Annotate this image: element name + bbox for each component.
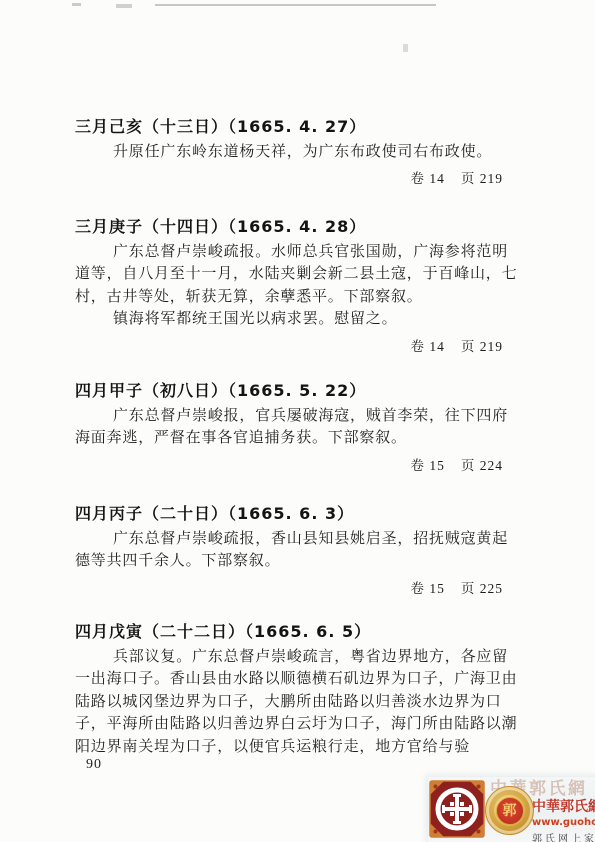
entry-reference: 卷 14页 219 [75,338,521,356]
entry-paragraph: 兵部议复。广东总督卢崇峻疏言，粤省边界地方，各应留一出海口子。香山县由水路以顺德… [75,646,521,758]
guo-coin-icon: 郭 [485,786,534,835]
entry-heading: 三月己亥（十三日）（1665. 4. 27） [75,116,521,138]
record-entry: 三月己亥（十三日）（1665. 4. 27） 升原任广东岭东道杨天祥，为广东布政… [75,116,521,188]
page-reference: 页 224 [461,458,503,473]
entry-heading: 四月戊寅（二十二日）（1665. 6. 5） [75,621,521,643]
watermark-url: www.guohome.org [532,817,595,828]
coin-character: 郭 [503,804,517,818]
entry-paragraph: 升原任广东岭东道杨天祥，为广东布政使司右布政使。 [75,141,521,163]
page-number: 90 [86,757,102,773]
page-reference: 页 219 [461,171,503,186]
scan-artifact-smudge [403,44,408,52]
record-entry: 四月甲子（初八日）（1665. 5. 22） 广东总督卢崇峻报，官兵屡破海寇，贼… [75,380,521,475]
page-reference: 页 219 [461,339,503,354]
record-entry: 三月庚子（十四日）（1665. 4. 28） 广东总督卢崇峻疏报。水师总兵官张国… [75,216,521,356]
entry-reference: 卷 14页 219 [75,170,521,188]
coin-center: 郭 [496,797,524,825]
volume-reference: 卷 15 [411,581,445,596]
volume-reference: 卷 14 [411,339,445,354]
record-entry: 四月戊寅（二十二日）（1665. 6. 5） 兵部议复。广东总督卢崇峻疏言，粤省… [75,621,521,758]
entry-heading: 四月甲子（初八日）（1665. 5. 22） [75,380,521,402]
watermark-site-title: 中華郭氏網 [532,796,595,816]
site-watermark: 中華郭氏網 郭 [428,777,595,842]
entry-paragraph: 镇海将军都统王国光以病求罢。慰留之。 [75,308,521,330]
entry-reference: 卷 15页 225 [75,580,521,598]
watermark-text-block: 中華郭氏網 www.guohome.org 郭氏网上家园 [532,796,595,842]
volume-reference: 卷 14 [411,171,445,186]
volume-reference: 卷 15 [411,458,445,473]
scanned-book-page: { "document": { "page_number": "90", "en… [0,0,595,842]
record-entry: 四月丙子（二十日）（1665. 6. 3） 广东总督卢崇峻疏报，香山县知县姚启圣… [75,503,521,598]
scan-artifact-smudge [72,3,81,6]
scan-artifact-line [155,4,436,6]
entry-heading: 三月庚子（十四日）（1665. 4. 28） [75,216,521,238]
scan-artifact-smudge [116,4,132,8]
entry-paragraph: 广东总督卢崇峻疏报。水师总兵官张国勋，广海参将范明道等，自八月至十一月，水陆夹剿… [75,241,521,308]
watermark-tagline: 郭氏网上家园 [532,830,595,842]
entry-paragraph: 广东总督卢崇峻报，官兵屡破海寇，贼首李荣，往下四府海面奔逃，严督在事各官追捕务获… [75,405,521,450]
entry-heading: 四月丙子（二十日）（1665. 6. 3） [75,503,521,525]
entry-paragraph: 广东总督卢崇峻疏报，香山县知县姚启圣，招抚贼寇黄起德等共四千余人。下部察叙。 [75,528,521,573]
entry-reference: 卷 15页 224 [75,457,521,475]
guo-clan-seal-icon [429,780,485,838]
page-reference: 页 225 [461,581,503,596]
